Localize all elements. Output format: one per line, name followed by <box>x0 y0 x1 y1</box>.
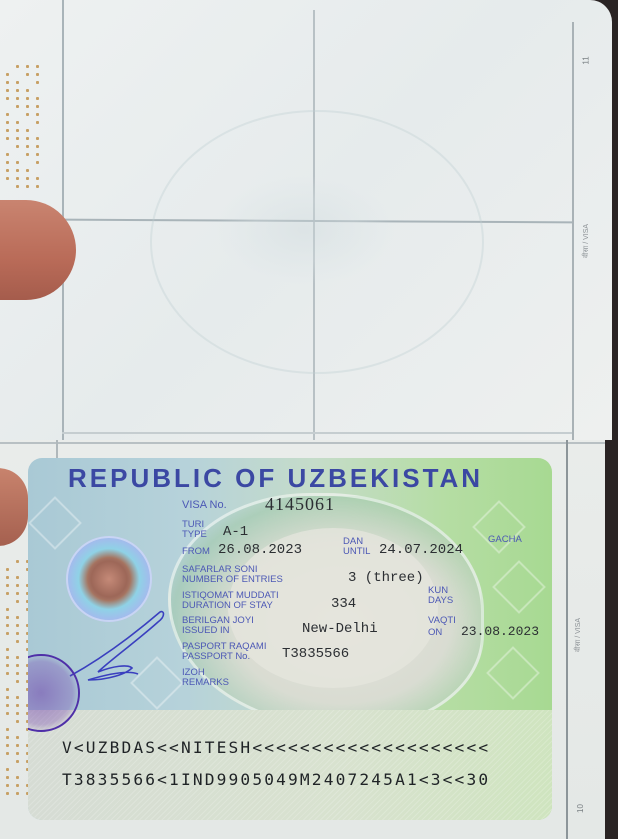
perforation-dot <box>6 73 9 76</box>
perforation-dot <box>26 89 29 92</box>
perforation-dot <box>16 776 19 779</box>
perforation-dot <box>36 137 39 140</box>
page-rule <box>0 442 605 444</box>
issued-on-label-local: VAQTI <box>428 616 456 626</box>
perforation-dot <box>16 145 19 148</box>
mrz-line-1: V<UZBDAS<<NITESH<<<<<<<<<<<<<<<<<<<< <box>62 738 490 757</box>
perforation-dot <box>16 169 19 172</box>
perforation-dot <box>6 672 9 675</box>
entries-value: 3 (three) <box>348 570 424 586</box>
perforation-dot <box>16 664 19 667</box>
perforation-dot <box>26 129 29 132</box>
ashoka-emblem-watermark-icon <box>215 175 395 285</box>
perforation-dot <box>6 592 9 595</box>
perforation-dot <box>16 81 19 84</box>
perforation-dot <box>36 65 39 68</box>
perforation-dot <box>26 65 29 68</box>
passport-no-label: PASSPORT No. <box>182 652 250 662</box>
perforation-dot <box>6 664 9 667</box>
perforation-dot <box>16 736 19 739</box>
perforation-dot <box>6 161 9 164</box>
perforation-dot <box>6 696 9 699</box>
perforation-dot <box>16 185 19 188</box>
perforation-dot <box>16 129 19 132</box>
perforation-dot <box>16 177 19 180</box>
perforation-dot <box>16 632 19 635</box>
perforation-dot <box>6 608 9 611</box>
perforation-dot <box>16 792 19 795</box>
perforation-dot <box>6 568 9 571</box>
perforation-dot <box>26 153 29 156</box>
perforation-dot <box>6 113 9 116</box>
duration-value: 334 <box>331 596 356 612</box>
perforation-dot <box>16 97 19 100</box>
until-value: 24.07.2024 <box>379 542 463 558</box>
perforation-dot <box>6 752 9 755</box>
issued-on-value: 23.08.2023 <box>461 624 539 639</box>
perforation-dot <box>6 632 9 635</box>
perforation-dot <box>6 768 9 771</box>
perforation-dot <box>6 137 9 140</box>
perforation-dot <box>6 97 9 100</box>
perforation-dot <box>6 736 9 739</box>
perforation-dot <box>16 672 19 675</box>
perforation-dot <box>16 584 19 587</box>
perforation-dot <box>6 744 9 747</box>
page-rule <box>566 440 568 839</box>
perforation-dot <box>6 728 9 731</box>
perforation-dot <box>16 720 19 723</box>
perforation-dot <box>16 89 19 92</box>
perforation-dot <box>36 177 39 180</box>
perforation-dot <box>16 137 19 140</box>
perforation-dot <box>26 137 29 140</box>
perforation-dot <box>16 105 19 108</box>
perforation-dot <box>36 153 39 156</box>
perforation-dot <box>6 624 9 627</box>
perforation-dot <box>36 73 39 76</box>
ornament-star-icon <box>486 646 540 700</box>
mrz-line-2: T3835566<1IND9905049M2407245A1<3<<30 <box>62 770 490 789</box>
perforation-dot <box>16 784 19 787</box>
uzbekistan-visa-sticker: REPUBLIC OF UZBEKISTAN VISA No. 4145061 … <box>28 458 552 820</box>
perforation-dot <box>16 616 19 619</box>
perforation-dot <box>26 73 29 76</box>
perforation-dot <box>16 576 19 579</box>
perforation-dot <box>6 576 9 579</box>
perforation-dot <box>26 177 29 180</box>
perforation-dot <box>6 704 9 707</box>
perforation-dot <box>16 65 19 68</box>
perforation-dot <box>16 680 19 683</box>
perforation-dot <box>36 97 39 100</box>
ornament-star-icon <box>492 560 546 614</box>
perforation-dot <box>16 121 19 124</box>
from-label: FROM <box>182 547 210 557</box>
perforation-dot <box>16 624 19 627</box>
perforation-dot <box>36 113 39 116</box>
perforation-dot <box>16 696 19 699</box>
side-label: वीसा / VISA <box>574 618 583 652</box>
duration-unit: DAYS <box>428 596 453 606</box>
visa-no-label: VISA No. <box>182 500 227 510</box>
perforation-dot <box>16 656 19 659</box>
perforation-dot <box>16 161 19 164</box>
perforation-dot <box>6 776 9 779</box>
perforation-dot <box>16 760 19 763</box>
perforation-dot <box>6 784 9 787</box>
issued-in-value: New-Delhi <box>302 621 378 637</box>
passport-no-value: T3835566 <box>282 646 349 662</box>
until-suffix-local: GACHA <box>488 535 522 545</box>
page-number: 10 <box>576 804 585 813</box>
perforation-dot <box>6 712 9 715</box>
issued-on-label: ON <box>428 628 442 638</box>
perforation-dot <box>6 616 9 619</box>
perforation-dot <box>16 560 19 563</box>
perforation-dot <box>6 688 9 691</box>
page-rule <box>572 22 574 440</box>
ornament-star-icon <box>472 500 526 554</box>
issued-in-label: ISSUED IN <box>182 626 230 636</box>
perforation-dot <box>36 145 39 148</box>
perforation-dot <box>6 153 9 156</box>
perforation-dot <box>36 161 39 164</box>
perforation-dot <box>6 169 9 172</box>
perforation-dot <box>6 129 9 132</box>
perforation-dot <box>36 185 39 188</box>
perforation-dot <box>16 640 19 643</box>
page-rule <box>62 432 572 434</box>
passport-page-top: 11 वीसा / VISA <box>0 0 612 440</box>
perforation-dot <box>6 792 9 795</box>
perforation-dot <box>6 648 9 651</box>
page-number: 11 <box>582 56 591 64</box>
perforation-dot <box>6 89 9 92</box>
perforation-dot <box>36 105 39 108</box>
perforation-dot <box>26 185 29 188</box>
perforation-dot <box>6 656 9 659</box>
officer-signature-icon <box>68 608 168 688</box>
perforation-dot <box>6 177 9 180</box>
perforation-dot <box>6 81 9 84</box>
type-label: TYPE <box>182 530 207 540</box>
visa-title: REPUBLIC OF UZBEKISTAN <box>68 463 483 494</box>
until-label: UNTIL <box>343 547 370 557</box>
perforation-dot <box>16 704 19 707</box>
perforation-dot <box>26 145 29 148</box>
mrz-zone <box>28 710 552 820</box>
perforation-dot <box>36 121 39 124</box>
perforation-dot <box>26 113 29 116</box>
perforation-dot <box>16 600 19 603</box>
perforation-dot <box>16 592 19 595</box>
entries-label: NUMBER OF ENTRIES <box>182 575 283 585</box>
perforation-dot <box>6 584 9 587</box>
perforation-dot <box>36 81 39 84</box>
perforation-dot <box>26 97 29 100</box>
perforation-dot <box>26 169 29 172</box>
duration-label: DURATION OF STAY <box>182 601 273 611</box>
perforation-dot <box>26 105 29 108</box>
perforation-dot <box>16 712 19 715</box>
from-value: 26.08.2023 <box>218 542 302 558</box>
ornament-star-icon <box>28 496 82 550</box>
state-emblem-icon <box>88 558 130 600</box>
type-value: A-1 <box>223 524 248 540</box>
side-label: वीसा / VISA <box>582 224 591 258</box>
perforation-dot <box>16 744 19 747</box>
perforation-dot <box>6 121 9 124</box>
perforation-dot <box>16 752 19 755</box>
remarks-label: REMARKS <box>182 678 229 688</box>
visa-no-value: 4145061 <box>265 494 335 515</box>
